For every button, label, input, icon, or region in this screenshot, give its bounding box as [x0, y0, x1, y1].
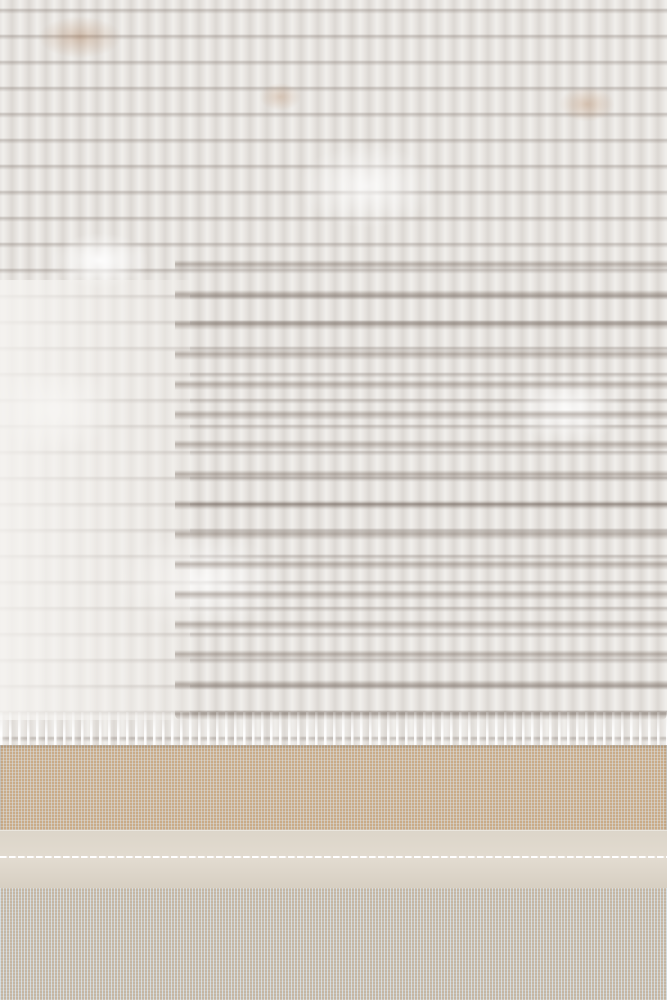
rug-stitching — [0, 856, 667, 858]
rug-backing-upper — [0, 745, 667, 830]
rug-pile-dark-striations — [175, 250, 667, 720]
rug-photo — [0, 0, 667, 1000]
rug-binding-tape — [0, 830, 667, 888]
rug-backing-lower — [0, 888, 667, 1000]
rug-fringe — [0, 712, 667, 748]
rug-pile-light-area — [0, 280, 190, 720]
